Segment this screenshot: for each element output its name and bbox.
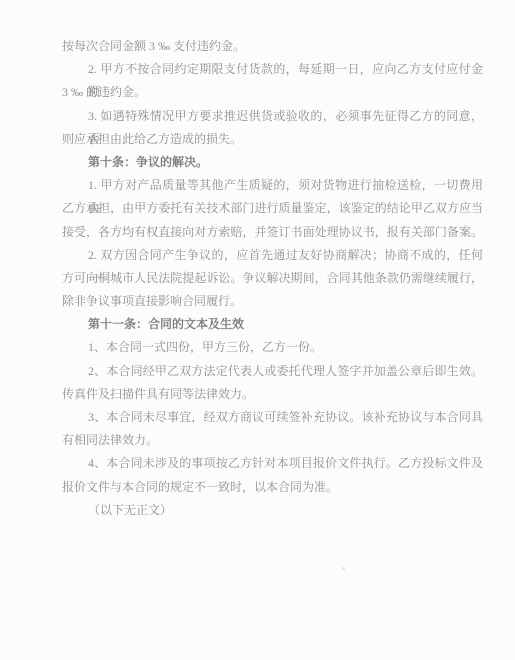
contract-text-block: 按每次合同金额 3 ‰ 支付违约金。2. 甲方不按合同约定期限支付货款的，每延期… [62,35,483,522]
document-line: 2. 双方因合同产生争议的，应首先通过友好协商解决；协商不成的，任何一 [62,244,483,267]
contract-page: 按每次合同金额 3 ‰ 支付违约金。2. 甲方不按合同约定期限支付货款的，每延期… [0,0,515,660]
scan-speck [342,567,345,570]
document-line: 按每次合同金额 3 ‰ 支付违约金。 [62,35,483,58]
document-line: 则应承担由此给乙方造成的损失。 [62,128,483,151]
document-line: 除非争议事项直接影响合同履行。 [62,290,483,313]
document-line: 3、本合同未尽事宜，经双方商议可续签补充协议。该补充协议与本合同具 [62,406,483,429]
section-heading: 第十一条：合同的文本及生效 [62,313,483,336]
document-line: 传真件及扫描件具有同等法律效力。 [62,383,483,406]
document-line: 2. 甲方不按合同约定期限支付货款的，每延期一日，应向乙方支付应付金额 [62,58,483,81]
document-line: 报价文件与本合同的规定不一致时，以本合同为准。 [62,476,483,499]
document-line: 3. 如遇特殊情况甲方要求推迟供货或验收的，必须事先征得乙方的同意，否 [62,105,483,128]
section-heading: 第十条：争议的解决。 [62,151,483,174]
document-line: 方可向桐城市人民法院提起诉讼。争议解决期间，合同其他条款仍需继续履行， [62,267,483,290]
document-line: 1、本合同一式四份，甲方三份，乙方一份。 [62,336,483,359]
document-line: 2、本合同经甲乙双方法定代表人或委托代理人签字并加盖公章后即生效。 [62,360,483,383]
document-line: 1. 甲方对产品质量等其他产生质疑的，须对货物进行抽检送检，一切费用由 [62,174,483,197]
document-line: 乙方承担，由甲方委托有关技术部门进行质量鉴定，该鉴定的结论甲乙双方应当 [62,197,483,220]
document-line: （以下无正文） [62,499,483,522]
document-line: 3 ‰ 的违约金。 [62,81,483,104]
document-line: 4、本合同未涉及的事项按乙方针对本项目报价文件执行。乙方投标文件及 [62,452,483,475]
document-line: 有相同法律效力。 [62,429,483,452]
document-line: 接受，各方均有权直接向对方索赔，并签订书面处理协议书，报有关部门备案。 [62,221,483,244]
